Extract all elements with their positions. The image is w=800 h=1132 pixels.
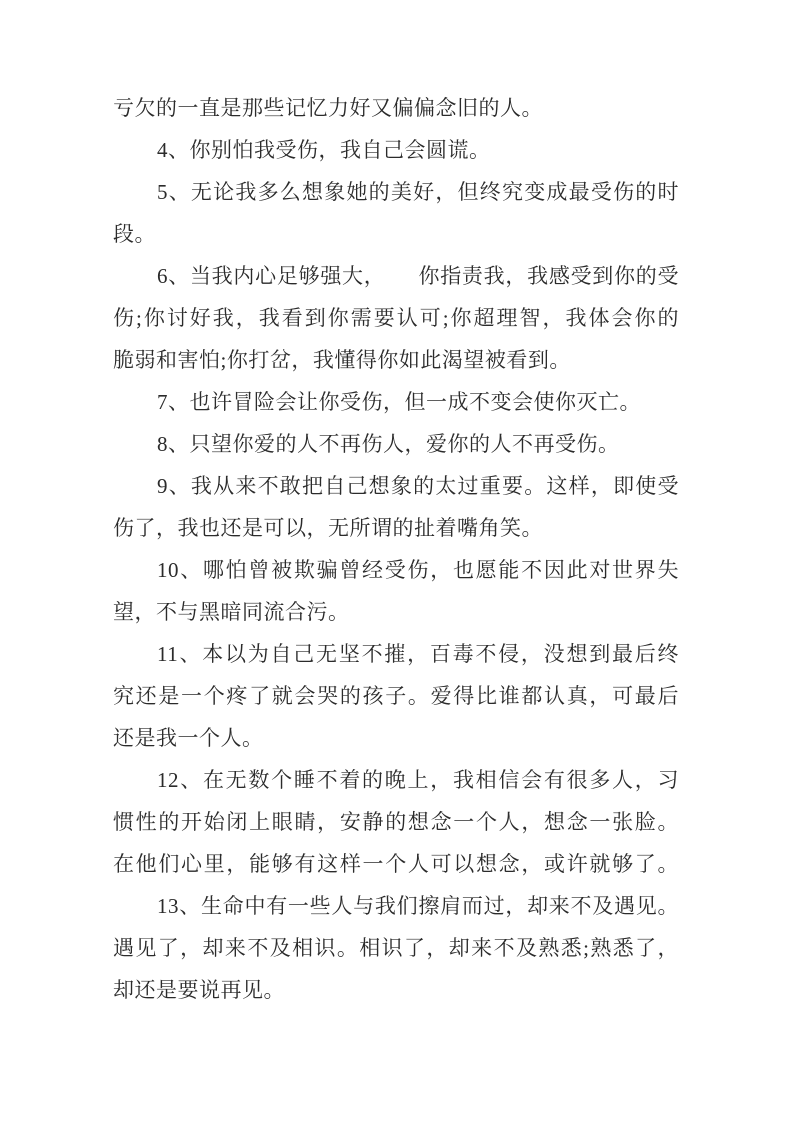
text-line: 却还是要说再见。 [113,969,679,1011]
text-line: 4、你别怕我受伤，我自己会圆谎。 [113,129,679,171]
document-page: 亏欠的一直是那些记忆力好又偏偏念旧的人。4、你别怕我受伤，我自己会圆谎。5、无论… [0,0,800,1132]
text-line: 7、也许冒险会让你受伤，但一成不变会使你灭亡。 [113,381,679,423]
text-line: 8、只望你爱的人不再伤人，爱你的人不再受伤。 [113,423,679,465]
text-line: 伤了，我也还是可以，无所谓的扯着嘴角笑。 [113,507,679,549]
text-line: 5、无论我多么想象她的美好，但终究变成最受伤的时 [113,171,679,213]
text-line: 究还是一个疼了就会哭的孩子。爱得比谁都认真，可最后 [113,675,679,717]
text-line: 11、本以为自己无坚不摧，百毒不侵，没想到最后终 [113,633,679,675]
text-line: 12、在无数个睡不着的晚上，我相信会有很多人，习 [113,759,679,801]
text-line: 惯性的开始闭上眼睛，安静的想念一个人，想念一张脸。 [113,801,679,843]
text-line: 6、当我内心足够强大， 你指责我，我感受到你的受 [113,255,679,297]
text-line: 13、生命中有一些人与我们擦肩而过，却来不及遇见。 [113,885,679,927]
text-line: 段。 [113,213,679,255]
text-content: 亏欠的一直是那些记忆力好又偏偏念旧的人。4、你别怕我受伤，我自己会圆谎。5、无论… [113,87,679,1011]
text-line: 望，不与黑暗同流合污。 [113,591,679,633]
text-line: 伤;你讨好我，我看到你需要认可;你超理智，我体会你的 [113,297,679,339]
text-line: 9、我从来不敢把自己想象的太过重要。这样，即使受 [113,465,679,507]
text-line: 在他们心里，能够有这样一个人可以想念，或许就够了。 [113,843,679,885]
text-line: 遇见了，却来不及相识。相识了，却来不及熟悉;熟悉了， [113,927,679,969]
text-line: 脆弱和害怕;你打岔，我懂得你如此渴望被看到。 [113,339,679,381]
text-line: 亏欠的一直是那些记忆力好又偏偏念旧的人。 [113,87,679,129]
text-line: 还是我一个人。 [113,717,679,759]
text-line: 10、哪怕曾被欺骗曾经受伤，也愿能不因此对世界失 [113,549,679,591]
